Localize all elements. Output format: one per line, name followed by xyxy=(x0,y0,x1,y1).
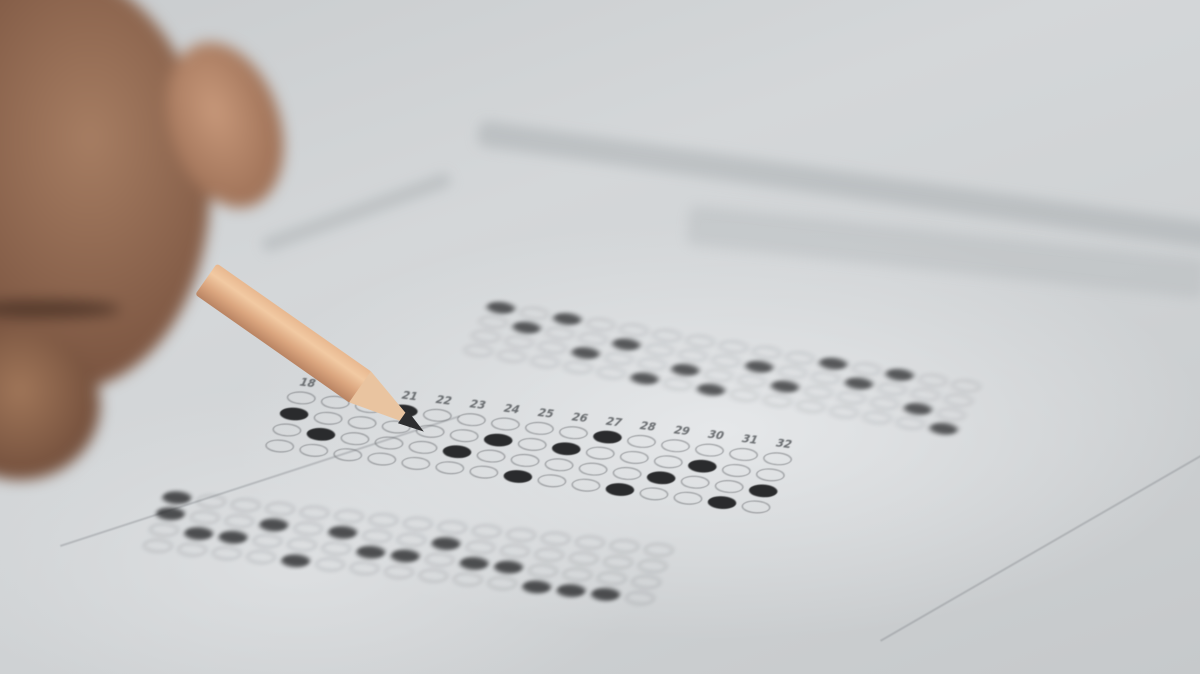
photo-scene: 181920212223242526272829303132 xyxy=(0,0,1200,674)
hand xyxy=(0,0,300,480)
